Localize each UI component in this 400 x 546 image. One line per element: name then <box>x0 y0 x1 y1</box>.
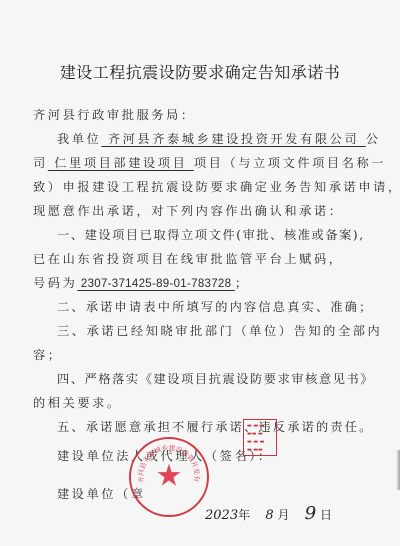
item-4-line-2: 的相关要求。 <box>33 394 122 411</box>
document-title: 建设工程抗震设防要求确定告知承诺书 <box>0 60 400 83</box>
item-2: 二、承诺申请表中所填写的内容信息真实、准确； <box>57 298 374 315</box>
para1-line2-prefix: 司 <box>33 156 48 170</box>
para1-suffix: 公 <box>366 132 381 146</box>
document-page: 建设工程抗震设防要求确定告知承诺书 齐河县行政审批服务局： 我单位 齐河县齐泰城… <box>0 0 400 546</box>
code-suffix: ； <box>235 276 250 290</box>
date-month: 8 <box>265 508 273 523</box>
para1-line2-suffix: 项目（与立项文件项目名称一 <box>194 156 386 170</box>
item-4-line-1: 四、严格落实《建设项目抗震设防要求审核意见书》 <box>57 370 374 387</box>
code-prefix: 号码为 <box>33 276 77 290</box>
addressee: 齐河县行政审批服务局： <box>33 106 196 123</box>
paragraph-1-line-1: 我单位 齐河县齐泰城乡建设投资开发有限公司 公 <box>57 130 381 147</box>
paragraph-1-line-4: 现愿意作出承诺，对下列内容作出确认和承诺： <box>33 202 344 219</box>
para1-prefix: 我单位 <box>57 132 101 146</box>
date-year-unit: 年 <box>238 508 250 522</box>
company-seal: 齐河县齐泰城乡建设投资开发有限公司 ★ <box>129 437 209 517</box>
item-1-line-2: 已在山东省投资项目在线审批监管平台上赋码， <box>33 250 344 267</box>
item-5: 五、承诺愿意承担不履行承诺、违反承诺的责任。 <box>57 418 374 435</box>
page-edge-shadow <box>396 450 400 490</box>
paragraph-1-line-2: 司 仁里项目部建设项目 项目（与立项文件项目名称一 <box>33 154 386 171</box>
project-code: 2307-371425-89-01-783728 <box>77 278 234 290</box>
item-1-line-1: 一、建设项目已取得立项文件(审批、核准或备案), <box>57 226 365 243</box>
item-3-line-1: 三、承诺已经知晓审批部门（单位）告知的全部内 <box>57 322 382 339</box>
signature-stamp: ▬ ▬ ▬▬▬ ▬▬ ▬ ▬▬ ▬▬ <box>243 419 277 456</box>
project-name: 仁里项目部建设项目 <box>48 156 194 170</box>
document-date: 2023年 8 月 9 日 <box>205 503 332 524</box>
company-name: 齐河县齐泰城乡建设投资开发有限公司 <box>101 132 365 146</box>
date-day-unit: 日 <box>320 508 332 522</box>
date-day: 9 <box>305 503 316 524</box>
star-icon: ★ <box>156 461 183 491</box>
paragraph-1-line-3: 致）申报建设工程抗震设防要求确定业务告知承诺申请， <box>33 178 400 195</box>
item-1-code-line: 号码为 2307-371425-89-01-783728 ； <box>33 274 250 291</box>
date-month-unit: 月 <box>277 508 289 522</box>
date-year: 2023 <box>205 508 238 523</box>
item-3-line-2: 容； <box>33 346 63 363</box>
